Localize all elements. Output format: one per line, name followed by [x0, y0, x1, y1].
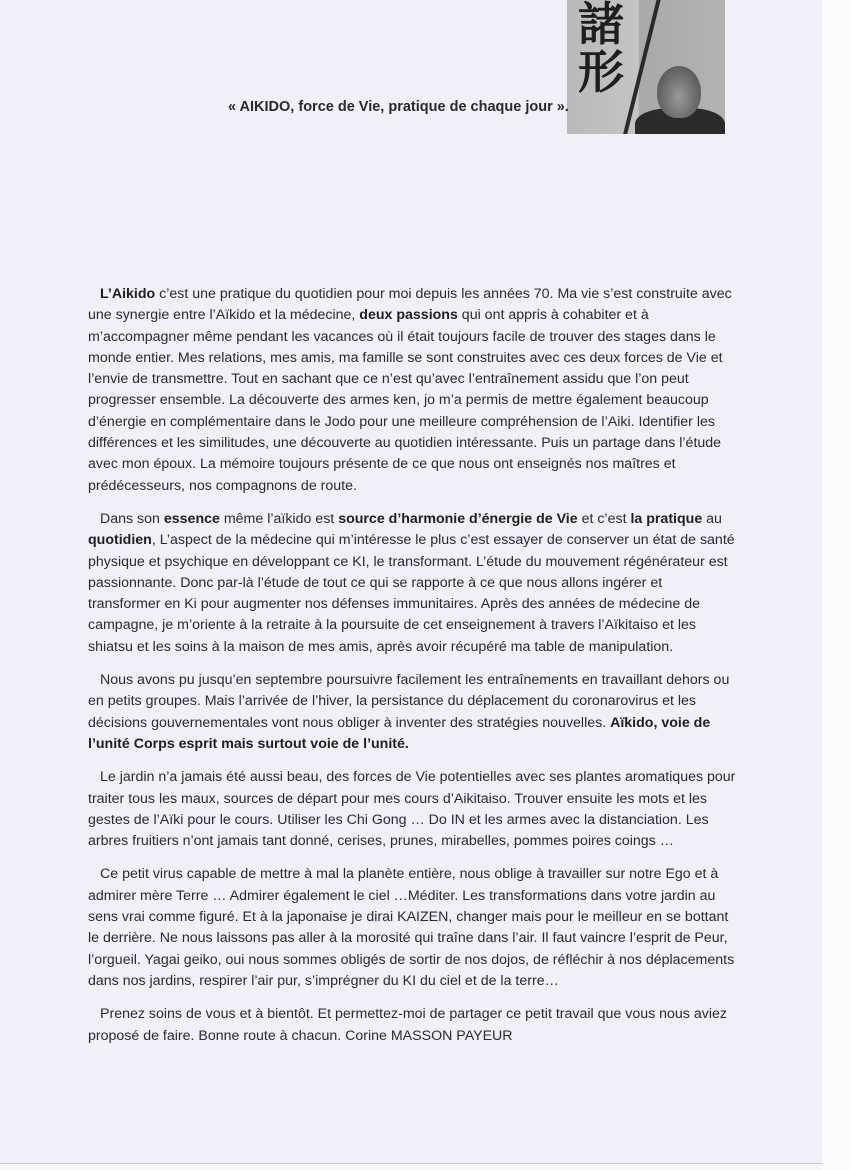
- author-photo: 諸 形: [567, 0, 725, 134]
- paragraph-text: qui ont appris à cohabiter et à m’accomp…: [88, 307, 723, 493]
- document-page: 諸 形 « AIKIDO, force de Vie, pratique de …: [0, 0, 822, 1164]
- paragraph-text: Le jardin n’a jamais été aussi beau, des…: [88, 769, 735, 849]
- emphasis-text: essence: [164, 511, 220, 527]
- paragraph: L’Aikido c’est une pratique du quotidien…: [88, 284, 738, 497]
- emphasis-text: deux passions: [359, 307, 458, 323]
- emphasis-text: source d’harmonie d’énergie de Vie: [338, 511, 577, 527]
- paragraph-text: et c’est: [578, 511, 631, 527]
- paragraph-text: Prenez soins de vous et à bientôt. Et pe…: [88, 1006, 727, 1043]
- calligraphy-scroll: 諸 形: [573, 0, 629, 96]
- paragraph-text: Dans son: [100, 511, 164, 527]
- document-body: L’Aikido c’est une pratique du quotidien…: [88, 284, 738, 1059]
- paragraph: Nous avons pu jusqu’en septembre poursui…: [88, 670, 738, 755]
- paragraph-text: Ce petit virus capable de mettre à mal l…: [88, 866, 734, 988]
- document-title: « AIKIDO, force de Vie, pratique de chaq…: [228, 99, 569, 115]
- paragraph: Dans son essence même l’aïkido est sourc…: [88, 509, 738, 658]
- paragraph-text: au: [702, 511, 722, 527]
- paragraph: Le jardin n’a jamais été aussi beau, des…: [88, 767, 738, 852]
- emphasis-text: L’Aikido: [100, 286, 155, 302]
- person-head: [657, 66, 701, 118]
- paragraph-text: , L’aspect de la médecine qui m’intéress…: [88, 532, 735, 654]
- paragraph-text: même l’aïkido est: [220, 511, 338, 527]
- emphasis-text: la pratique: [630, 511, 702, 527]
- emphasis-text: quotidien: [88, 532, 152, 548]
- paragraph: Ce petit virus capable de mettre à mal l…: [88, 864, 738, 992]
- paragraph-closing: Prenez soins de vous et à bientôt. Et pe…: [88, 1004, 738, 1047]
- scan-margin: [822, 0, 850, 1170]
